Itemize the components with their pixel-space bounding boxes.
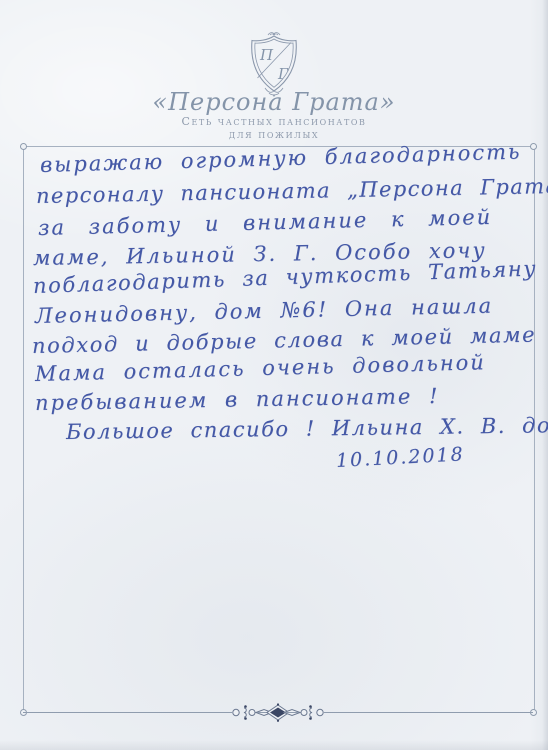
brand-name: «Персона Грата»: [0, 88, 548, 116]
brand-subtitle-line2: для пожилых: [0, 128, 548, 141]
monogram-left-letter: П: [259, 46, 274, 64]
shield-top-flourish: [268, 33, 280, 35]
monogram-right-letter: Г: [277, 65, 289, 83]
frame-corner-dot-top-right: [530, 143, 537, 150]
footer-divider-ornament: [23, 703, 533, 723]
frame-corner-dot-top-left: [20, 143, 27, 150]
scanned-letter-page: П Г «Персона Грата» Сеть частных пансион…: [0, 0, 548, 750]
brand-subtitle-line1: Сеть частных пансионатов: [0, 115, 548, 128]
